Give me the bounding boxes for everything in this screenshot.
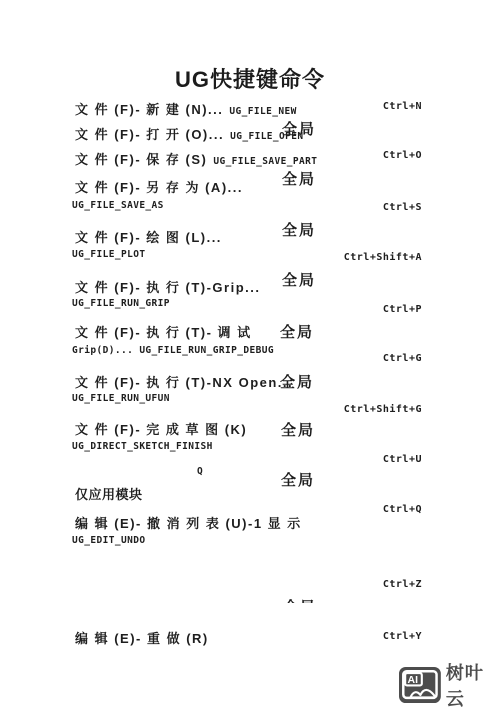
scope-label: 全局	[282, 168, 316, 189]
entry-name: 文 件 (F)- 执 行 (T)-Grip...	[75, 277, 260, 296]
entry-code: UG_FILE_RUN_UFUN	[72, 393, 170, 404]
entry-name: 文 件 (F)- 完 成 草 图 (K)	[75, 419, 247, 438]
entry-name: 文 件 (F)- 执 行 (T)- 调 试	[75, 322, 252, 341]
scope-label: 全局	[281, 419, 315, 440]
entry-name: 编 辑 (E)- 撤 消 列 表 (U)-1 显 示	[75, 513, 302, 532]
scope-label: 全局	[281, 469, 315, 490]
entry-code: UG_FILE_RUN_GRIP	[72, 298, 170, 309]
entry-code: UG_DIRECT_SKETCH_FINISH	[72, 441, 213, 452]
ai-logo-text: AI	[408, 675, 419, 686]
entry-name-text: 文 件 (F)- 打 开 (O)...	[75, 127, 224, 142]
shortcut-key: Ctrl+Q	[383, 504, 422, 515]
page-title: UG快捷键命令	[0, 63, 500, 94]
scope-label: 全局	[280, 321, 314, 342]
shortcut-key: Ctrl+U	[383, 454, 422, 465]
ai-image-logo-icon: AI	[399, 666, 441, 704]
shortcut-key: Ctrl+P	[383, 304, 422, 315]
document-page: UG快捷键命令 文 件 (F)- 新 建 (N)...UG_FILE_NEW 文…	[0, 0, 500, 708]
scope-label: 全局	[283, 599, 317, 603]
entry-name: 文 件 (F)- 保 存 (S)UG_FILE_SAVE_PART	[75, 149, 317, 168]
entry-name: 文 件 (F)- 绘 图 (L)...	[75, 227, 222, 246]
entry-name-text: 文 件 (F)- 保 存 (S)	[75, 152, 207, 167]
entry-name: 文 件 (F)- 新 建 (N)...UG_FILE_NEW	[75, 99, 297, 118]
brand-text: 树叶云	[446, 659, 500, 708]
entry-code: UG_FILE_SAVE_AS	[72, 200, 164, 211]
entry-name: 文 件 (F)- 打 开 (O)...UG_FILE_OPEN	[75, 124, 304, 143]
entry-name-text: 文 件 (F)- 新 建 (N)...	[75, 102, 223, 117]
entry-code: UG_FILE_SAVE_PART	[213, 156, 317, 167]
shortcut-key: Ctrl+Shift+A	[344, 252, 422, 263]
entry-name: 文 件 (F)- 另 存 为 (A)...	[75, 177, 243, 196]
scope-label: 全局	[280, 371, 314, 392]
watermark: AI 树叶云	[399, 659, 500, 708]
shortcut-key: Ctrl+G	[383, 353, 422, 364]
shortcut-key: Ctrl+O	[383, 150, 422, 161]
entry-code: UG_FILE_NEW	[229, 106, 296, 117]
scope-label-clipped: 全局	[283, 596, 317, 603]
shortcut-key: Ctrl+Y	[383, 631, 422, 642]
sketch-scope-note: 仅应用模块	[75, 484, 143, 503]
sketch-alt-shortcut: Q	[197, 466, 203, 477]
shortcut-key: Ctrl+Z	[383, 579, 422, 590]
scope-label: 全局	[282, 269, 316, 290]
scope-label: 全局	[282, 219, 316, 240]
shortcut-key: Ctrl+S	[383, 202, 422, 213]
scope-label: 全局	[282, 118, 316, 139]
shortcut-key: Ctrl+N	[383, 101, 422, 112]
shortcut-key: Ctrl+Shift+G	[344, 404, 422, 415]
entry-name: 文 件 (F)- 执 行 (T)-NX Open...	[75, 372, 293, 391]
entry-code: UG_EDIT_UNDO	[72, 535, 145, 546]
entry-code: Grip(D)... UG_FILE_RUN_GRIP_DEBUG	[72, 345, 274, 356]
entry-code: UG_FILE_PLOT	[72, 249, 145, 260]
entry-name: 编 辑 (E)- 重 做 (R)	[75, 628, 209, 647]
